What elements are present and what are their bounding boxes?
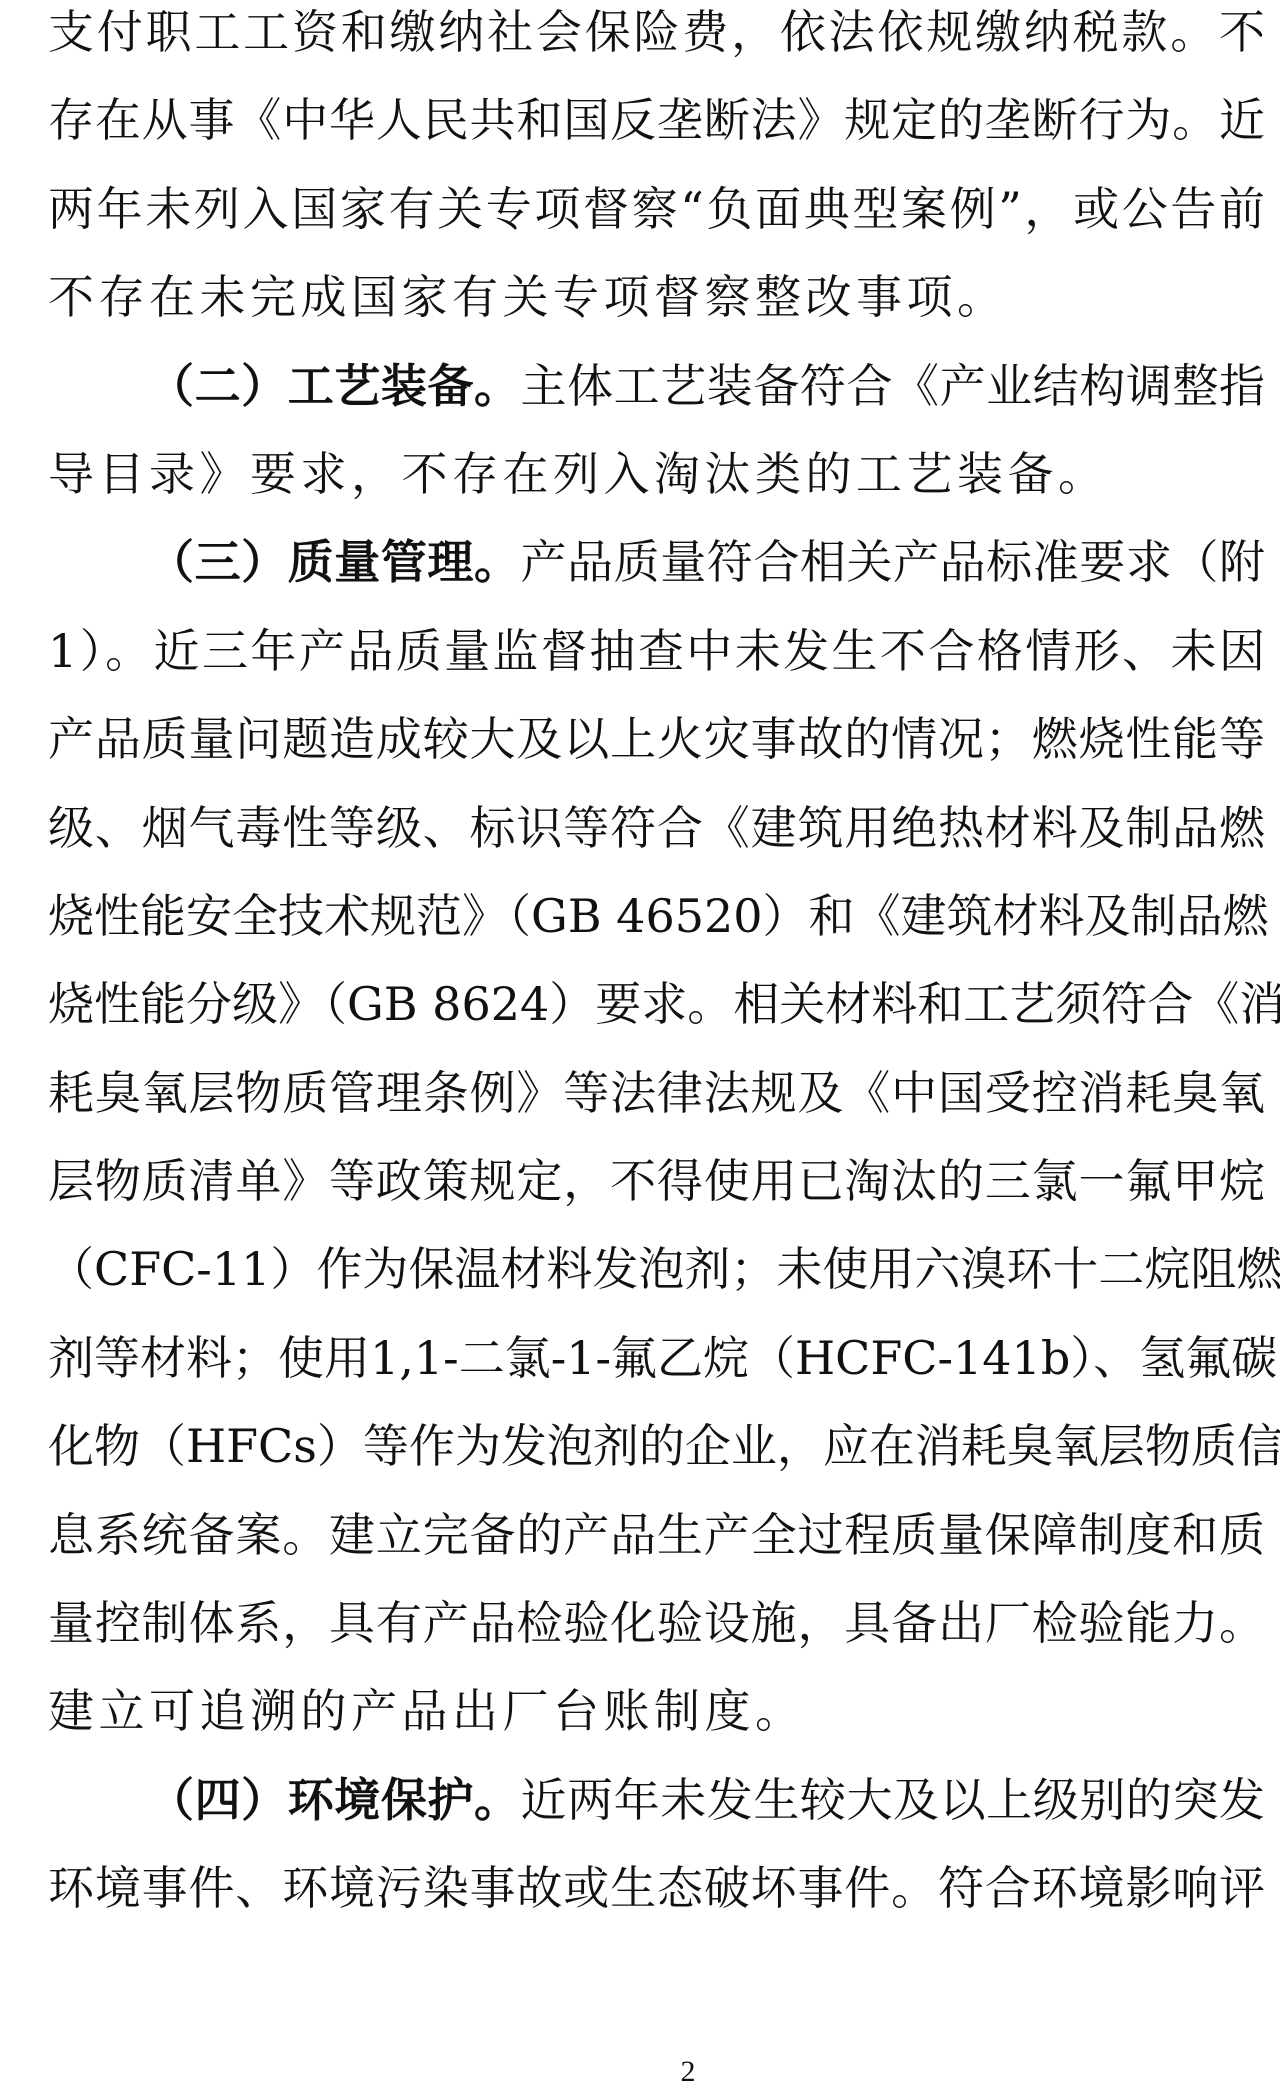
text-line: 耗臭氧层物质管理条例》等法律法规及《中国受控消耗臭氧 bbox=[48, 1049, 1265, 1137]
document-page: 支付职工工资和缴纳社会保险费，依法依规缴纳税款。不 存在从事《中华人民共和国反垄… bbox=[0, 0, 1280, 2090]
text-line: 两年未列入国家有关专项督察“负面典型案例”，或公告前 bbox=[48, 165, 1265, 253]
text-line: 产品质量问题造成较大及以上火灾事故的情况；燃烧性能等 bbox=[48, 695, 1265, 783]
text-span: 产品质量符合相关产品标准要求（附 bbox=[521, 535, 1265, 589]
text-line: 级、烟气毒性等级、标识等符合《建筑用绝热材料及制品燃 bbox=[48, 784, 1265, 872]
text-line: （CFC-11）作为保温材料发泡剂；未使用六溴环十二烷阻燃 bbox=[48, 1225, 1265, 1313]
text-line: （三）质量管理。产品质量符合相关产品标准要求（附 bbox=[48, 518, 1265, 606]
text-line: 1）。近三年产品质量监督抽查中未发生不合格情形、未因 bbox=[48, 607, 1265, 695]
text-line: 烧性能分级》（GB 8624）要求。相关材料和工艺须符合《消 bbox=[48, 960, 1265, 1048]
text-line: 支付职工工资和缴纳社会保险费，依法依规缴纳税款。不 bbox=[48, 0, 1265, 76]
page-number: 2 bbox=[0, 2052, 1280, 2090]
text-line: 不存在未完成国家有关专项督察整改事项。 bbox=[48, 253, 1265, 341]
text-line: 烧性能安全技术规范》（GB 46520）和《建筑材料及制品燃 bbox=[48, 872, 1265, 960]
body-text: 支付职工工资和缴纳社会保险费，依法依规缴纳税款。不 存在从事《中华人民共和国反垄… bbox=[48, 0, 1265, 1933]
text-line: 化物（HFCs）等作为发泡剂的企业，应在消耗臭氧层物质信 bbox=[48, 1402, 1265, 1490]
text-line: （二）工艺装备。主体工艺装备符合《产业结构调整指 bbox=[48, 342, 1265, 430]
text-line: 存在从事《中华人民共和国反垄断法》规定的垄断行为。近 bbox=[48, 76, 1265, 164]
text-line: 量控制体系，具有产品检验化验设施，具备出厂检验能力。 bbox=[48, 1579, 1265, 1667]
text-line: （四）环境保护。近两年未发生较大及以上级别的突发 bbox=[48, 1756, 1265, 1844]
section-heading-process-equipment: （二）工艺装备。 bbox=[148, 359, 521, 413]
text-line: 建立可追溯的产品出厂台账制度。 bbox=[48, 1667, 1265, 1755]
text-span: 主体工艺装备符合《产业结构调整指 bbox=[521, 359, 1265, 413]
text-line: 层物质清单》等政策规定，不得使用已淘汰的三氯一氟甲烷 bbox=[48, 1137, 1265, 1225]
text-line: 环境事件、环境污染事故或生态破坏事件。符合环境影响评 bbox=[48, 1844, 1265, 1932]
text-line: 剂等材料；使用1,1-二氯-1-氟乙烷（HCFC-141b）、氢氟碳 bbox=[48, 1314, 1265, 1402]
section-heading-quality-management: （三）质量管理。 bbox=[148, 535, 521, 589]
text-line: 息系统备案。建立完备的产品生产全过程质量保障制度和质 bbox=[48, 1491, 1265, 1579]
text-span: 近两年未发生较大及以上级别的突发 bbox=[521, 1773, 1265, 1827]
text-line: 导目录》要求，不存在列入淘汰类的工艺装备。 bbox=[48, 430, 1265, 518]
section-heading-environmental-protection: （四）环境保护。 bbox=[148, 1773, 521, 1827]
